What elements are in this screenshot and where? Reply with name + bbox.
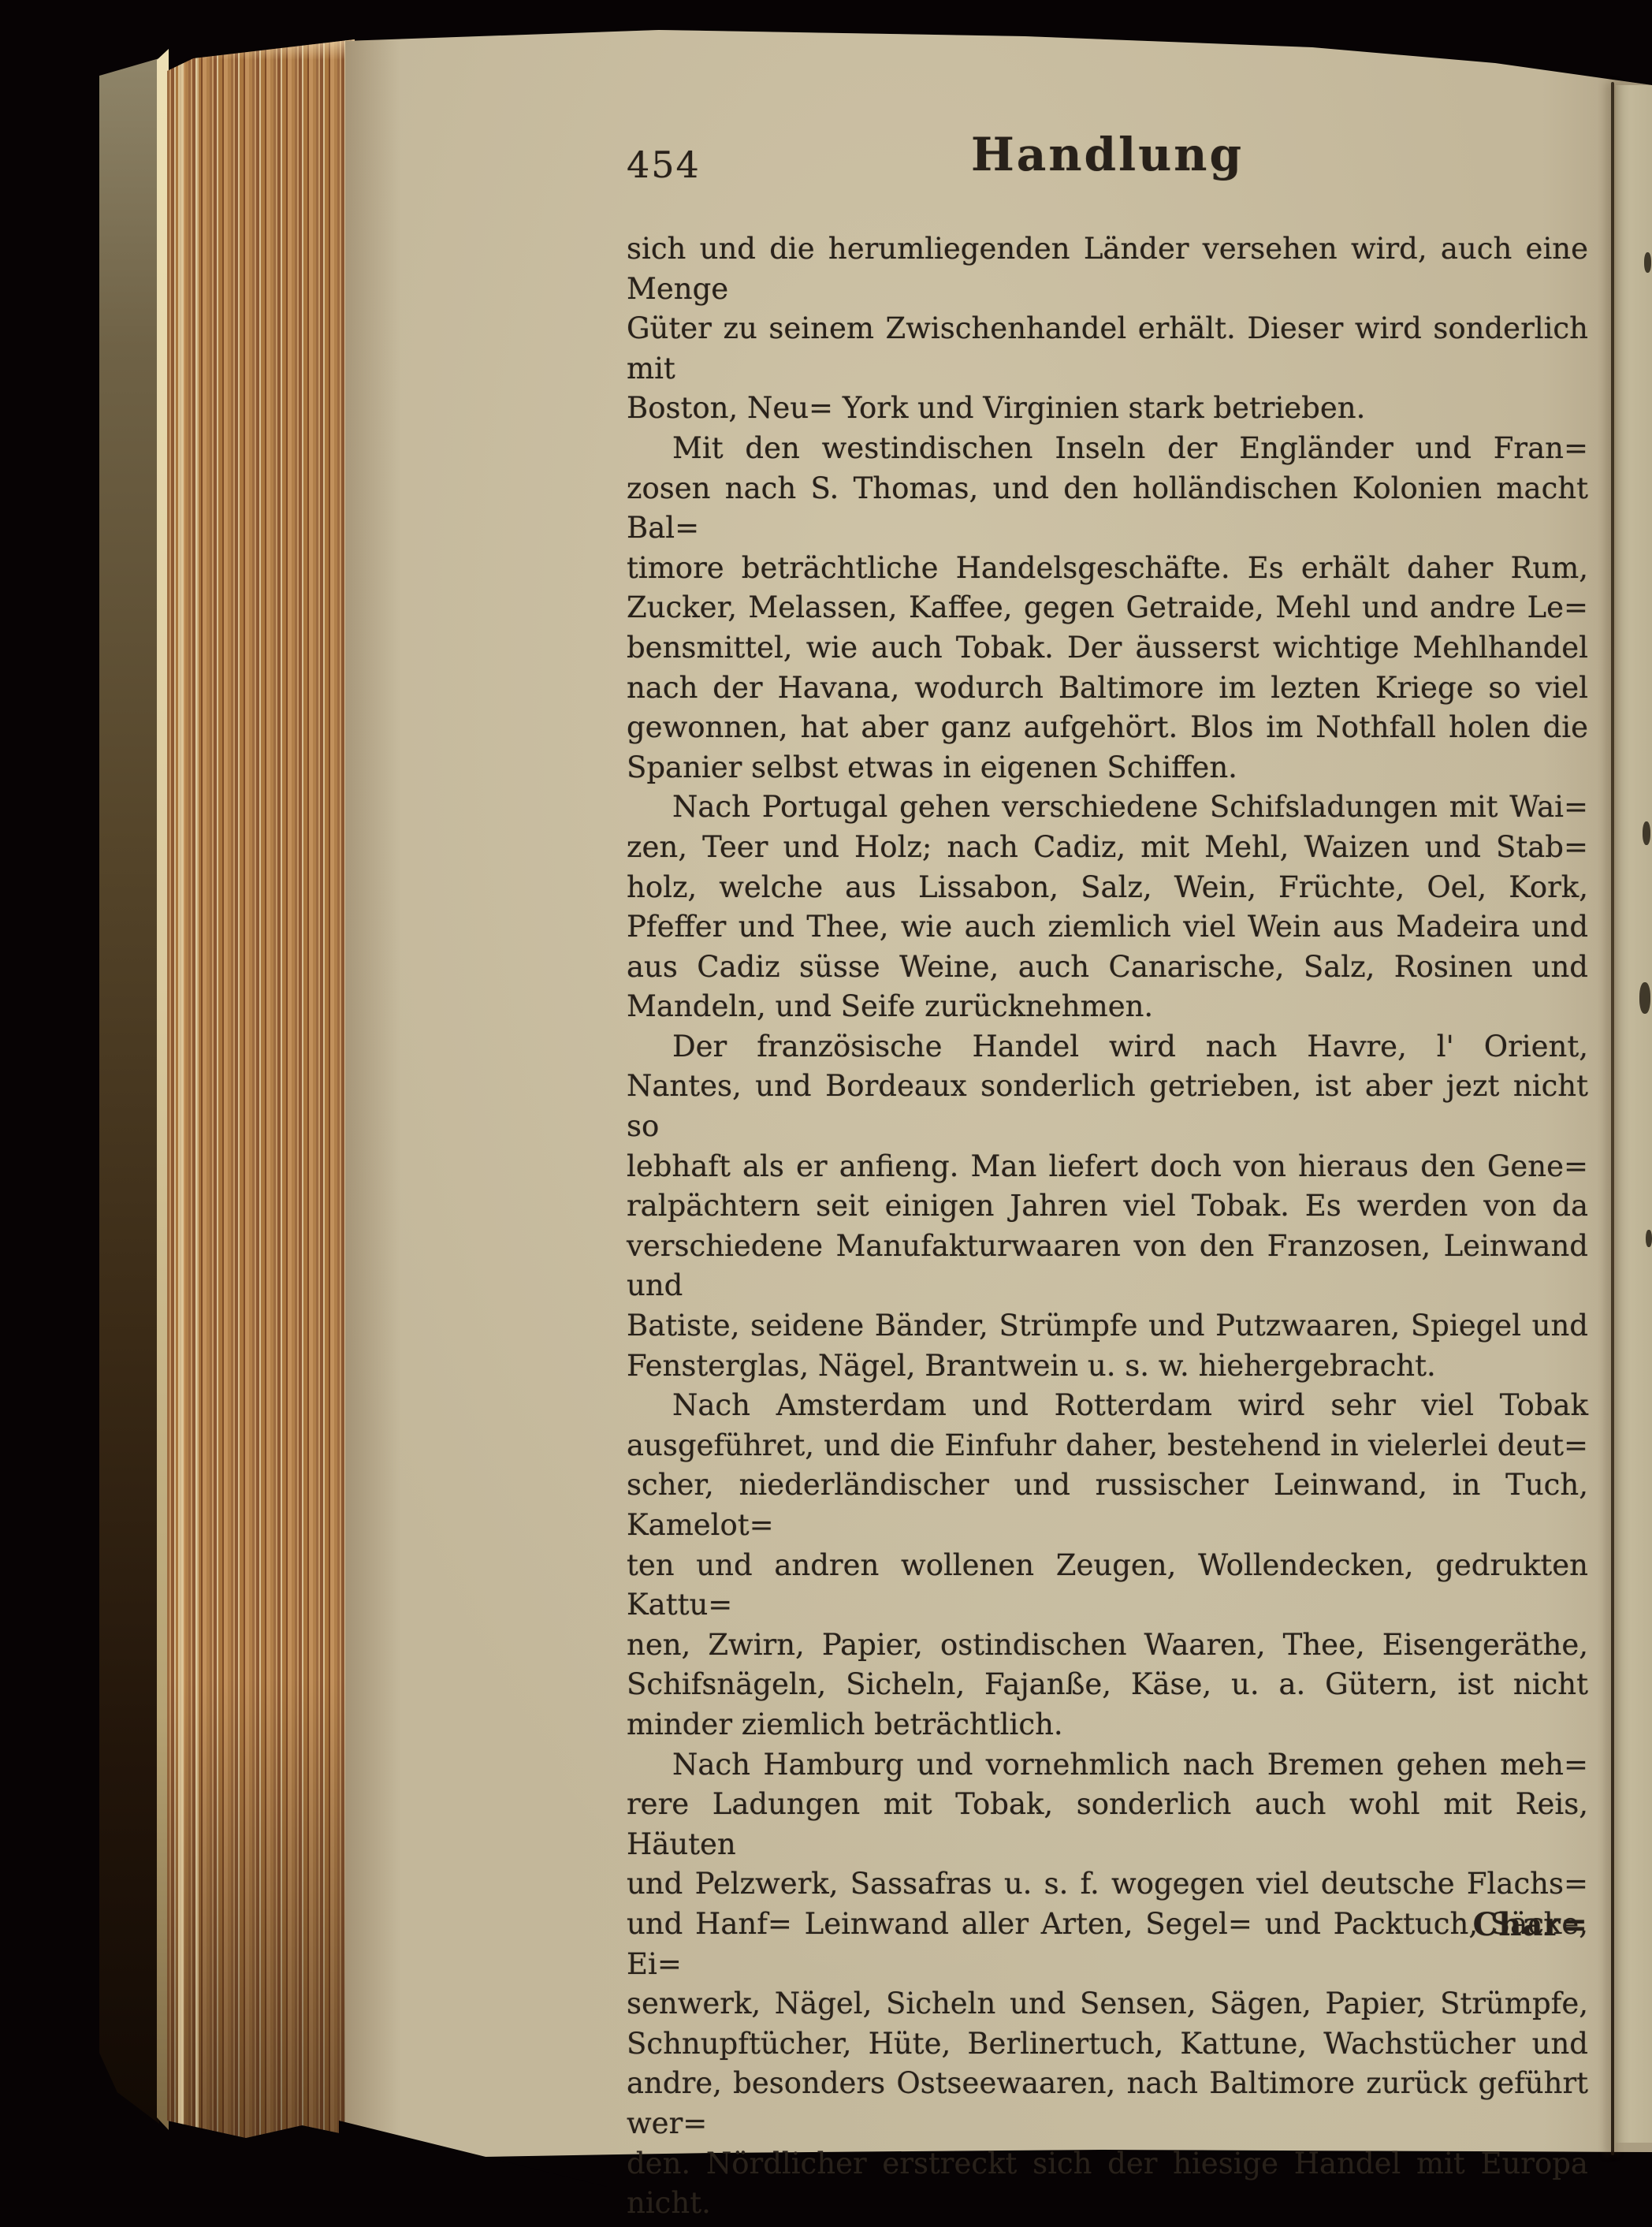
text-line: sich und die herumliegenden Länder verse… [627, 229, 1588, 309]
text-line: lebhaft als er anfieng. Man liefert doch… [627, 1147, 1588, 1187]
text-line: Nach Amsterdam und Rotterdam wird sehr v… [627, 1386, 1588, 1426]
text-line: Batiste, seidene Bänder, Strümpfe und Pu… [627, 1306, 1588, 1346]
text-line: nach der Havana, wodurch Baltimore im le… [627, 668, 1588, 709]
page-stack-light-band [178, 39, 184, 2138]
text-line: aus Cadiz süsse Weine, auch Canarische, … [627, 948, 1588, 988]
flyleaf-edge [157, 49, 169, 2130]
text-line: timore beträchtliche Handelsgeschäfte. E… [627, 549, 1588, 589]
page-stack-fore-edge [167, 39, 355, 2138]
text-line: Schnupftücher, Hüte, Berlinertuch, Kattu… [627, 2024, 1588, 2065]
text-line: Der französische Handel wird nach Havre,… [627, 1027, 1588, 1067]
text-line: ralpächtern seit einigen Jahren viel Tob… [627, 1186, 1588, 1227]
next-page-text-fragment [1646, 1230, 1652, 1247]
text-line: Mandeln, und Seife zurücknehmen. [627, 987, 1588, 1027]
next-page-text-fragment [1644, 252, 1651, 273]
text-line: Nantes, und Bordeaux sonderlich getriebe… [627, 1067, 1588, 1146]
text-line: Schifsnägeln, Sicheln, Fajanße, Käse, u.… [627, 1665, 1588, 1705]
text-line: minder ziemlich beträchtlich. [627, 1705, 1588, 1745]
text-line: Nach Portugal gehen verschiedene Schifsl… [627, 788, 1588, 828]
text-line: Nach Hamburg und vornehmlich nach Bremen… [627, 1745, 1588, 1786]
text-line: rere Ladungen mit Tobak, sonderlich auch… [627, 1785, 1588, 1864]
page-stack-light-band [195, 39, 199, 2138]
text-line: senwerk, Nägel, Sicheln und Sensen, Säge… [627, 1984, 1588, 2024]
text-line: Spanier selbst etwas in eigenen Schiffen… [627, 748, 1588, 788]
text-line: Boston, Neu= York und Virginien stark be… [627, 389, 1588, 429]
next-page-edge [1616, 85, 1652, 2143]
next-page-text-fragment [1643, 821, 1650, 845]
catchword: Char= [627, 1906, 1588, 1943]
text-line: verschiedene Manufakturwaaren von den Fr… [627, 1227, 1588, 1306]
next-page-text-fragment [1639, 982, 1650, 1014]
text-line: Pfeffer und Thee, wie auch ziemlich viel… [627, 907, 1588, 948]
text-line: ten und andren wollenen Zeugen, Wollende… [627, 1546, 1588, 1626]
text-line: andre, besonders Ostseewaaren, nach Balt… [627, 2064, 1588, 2143]
text-line: Fensterglas, Nägel, Brantwein u. s. w. h… [627, 1346, 1588, 1387]
text-line: zen, Teer und Holz; nach Cadiz, mit Mehl… [627, 828, 1588, 868]
text-line: den. Nördlicher erstreckt sich der hiesi… [627, 2144, 1588, 2224]
book-scan: 454 Handlung sich und die herumliegenden… [0, 0, 1652, 2227]
text-line: Mit den westindischen Inseln der Engländ… [627, 429, 1588, 469]
running-header: Handlung [627, 128, 1588, 181]
text-line: und Pelzwerk, Sassafras u. s. f. wogegen… [627, 1864, 1588, 1905]
text-line: gewonnen, hat aber ganz aufgehört. Blos … [627, 708, 1588, 748]
text-line: Güter zu seinem Zwischenhandel erhält. D… [627, 309, 1588, 389]
text-line: holz, welche aus Lissabon, Salz, Wein, F… [627, 868, 1588, 908]
text-line: bensmittel, wie auch Tobak. Der äusserst… [627, 628, 1588, 668]
text-line: Zucker, Melassen, Kaffee, gegen Getraide… [627, 588, 1588, 628]
text-line: zosen nach S. Thomas, und den holländisc… [627, 469, 1588, 549]
text-line: ausgeführet, und die Einfuhr daher, best… [627, 1426, 1588, 1466]
book-cover-edge [99, 58, 159, 2124]
text-line: scher, niederländischer und russischer L… [627, 1465, 1588, 1545]
page-gutter-crease [1611, 82, 1614, 2155]
text-line: nen, Zwirn, Papier, ostindischen Waaren,… [627, 1626, 1588, 1666]
